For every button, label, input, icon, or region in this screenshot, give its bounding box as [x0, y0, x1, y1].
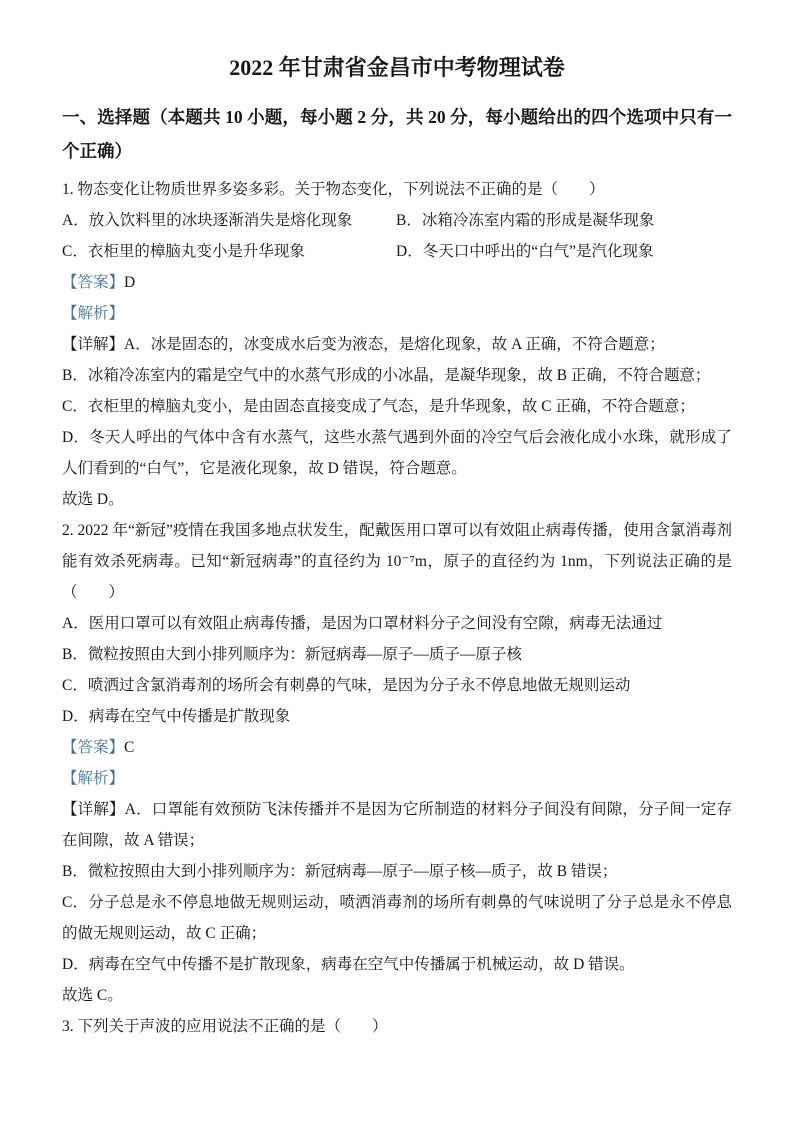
- question-2-option-c: C．喷洒过含氯消毒剂的场所会有刺鼻的气味，是因为分子永不停息地做无规则运动: [62, 670, 732, 701]
- question-1-stem: 1. 物态变化让物质世界多姿多彩。关于物态变化，下列说法不正确的是（ ）: [62, 174, 732, 205]
- question-1-option-b: B．冰箱冷冻室内霜的形成是凝华现象: [396, 205, 732, 236]
- question-2-conclusion: 故选 C。: [62, 980, 732, 1011]
- question-1-option-d: D．冬天口中呼出的“白气”是汽化现象: [396, 236, 732, 267]
- question-2-stem: 2. 2022 年“新冠”疫情在我国多地点状发生，配戴医用口罩可以有效阻止病毒传…: [62, 515, 732, 608]
- question-1-detail-b: B．冰箱冷冻室内的霜是空气中的水蒸气形成的小冰晶，是凝华现象，故 B 正确，不符…: [62, 360, 732, 391]
- question-1-analysis-line: 【解析】: [62, 298, 732, 329]
- document-page: 2022 年甘肃省金昌市中考物理试卷 一、选择题（本题共 10 小题，每小题 2…: [0, 0, 793, 1122]
- question-1-options: A．放入饮料里的冰块逐渐消失是熔化现象 B．冰箱冷冻室内霜的形成是凝华现象 C．…: [62, 205, 732, 267]
- answer-value: D: [124, 274, 135, 291]
- question-2-option-b: B．微粒按照由大到小排列顺序为：新冠病毒—原子—质子—原子核: [62, 639, 732, 670]
- question-2-answer-line: 【答案】C: [62, 732, 732, 763]
- answer-value: C: [124, 739, 134, 756]
- question-2-option-d: D．病毒在空气中传播是扩散现象: [62, 701, 732, 732]
- question-1-answer-line: 【答案】D: [62, 267, 732, 298]
- answer-label: 【答案】: [62, 739, 124, 756]
- analysis-label: 【解析】: [62, 305, 124, 322]
- question-3-stem: 3. 下列关于声波的应用说法不正确的是（ ）: [62, 1011, 732, 1042]
- question-2-detail-c: C．分子总是永不停息地做无规则运动，喷洒消毒剂的场所有刺鼻的气味说明了分子总是永…: [62, 887, 732, 949]
- question-1-conclusion: 故选 D。: [62, 484, 732, 515]
- question-1-detail-a: 【详解】A．冰是固态的，冰变成水后变为液态，是熔化现象，故 A 正确，不符合题意…: [62, 329, 732, 360]
- question-1-option-a: A．放入饮料里的冰块逐渐消失是熔化现象: [62, 205, 396, 236]
- question-2-analysis-line: 【解析】: [62, 763, 732, 794]
- section-heading: 一、选择题（本题共 10 小题，每小题 2 分，共 20 分，每小题给出的四个选…: [62, 100, 732, 168]
- document-title: 2022 年甘肃省金昌市中考物理试卷: [62, 50, 732, 86]
- question-2-detail-b: B．微粒按照由大到小排列顺序为：新冠病毒—原子—原子核—质子，故 B 错误；: [62, 856, 732, 887]
- question-1-detail-d: D．冬天人呼出的气体中含有水蒸气，这些水蒸气遇到外面的冷空气后会液化成小水珠，就…: [62, 422, 732, 484]
- question-2-detail-d: D．病毒在空气中传播不是扩散现象，病毒在空气中传播属于机械运动，故 D 错误。: [62, 949, 732, 980]
- question-1-detail-c: C．衣柜里的樟脑丸变小，是由固态直接变成了气态，是升华现象，故 C 正确，不符合…: [62, 391, 732, 422]
- answer-label: 【答案】: [62, 274, 124, 291]
- question-2-option-a: A．医用口罩可以有效阻止病毒传播，是因为口罩材料分子之间没有空隙，病毒无法通过: [62, 608, 732, 639]
- analysis-label: 【解析】: [62, 770, 124, 787]
- question-2-detail-a: 【详解】A．口罩能有效预防飞沫传播并不是因为它所制造的材料分子间没有间隙，分子间…: [62, 794, 732, 856]
- question-1-option-c: C．衣柜里的樟脑丸变小是升华现象: [62, 236, 396, 267]
